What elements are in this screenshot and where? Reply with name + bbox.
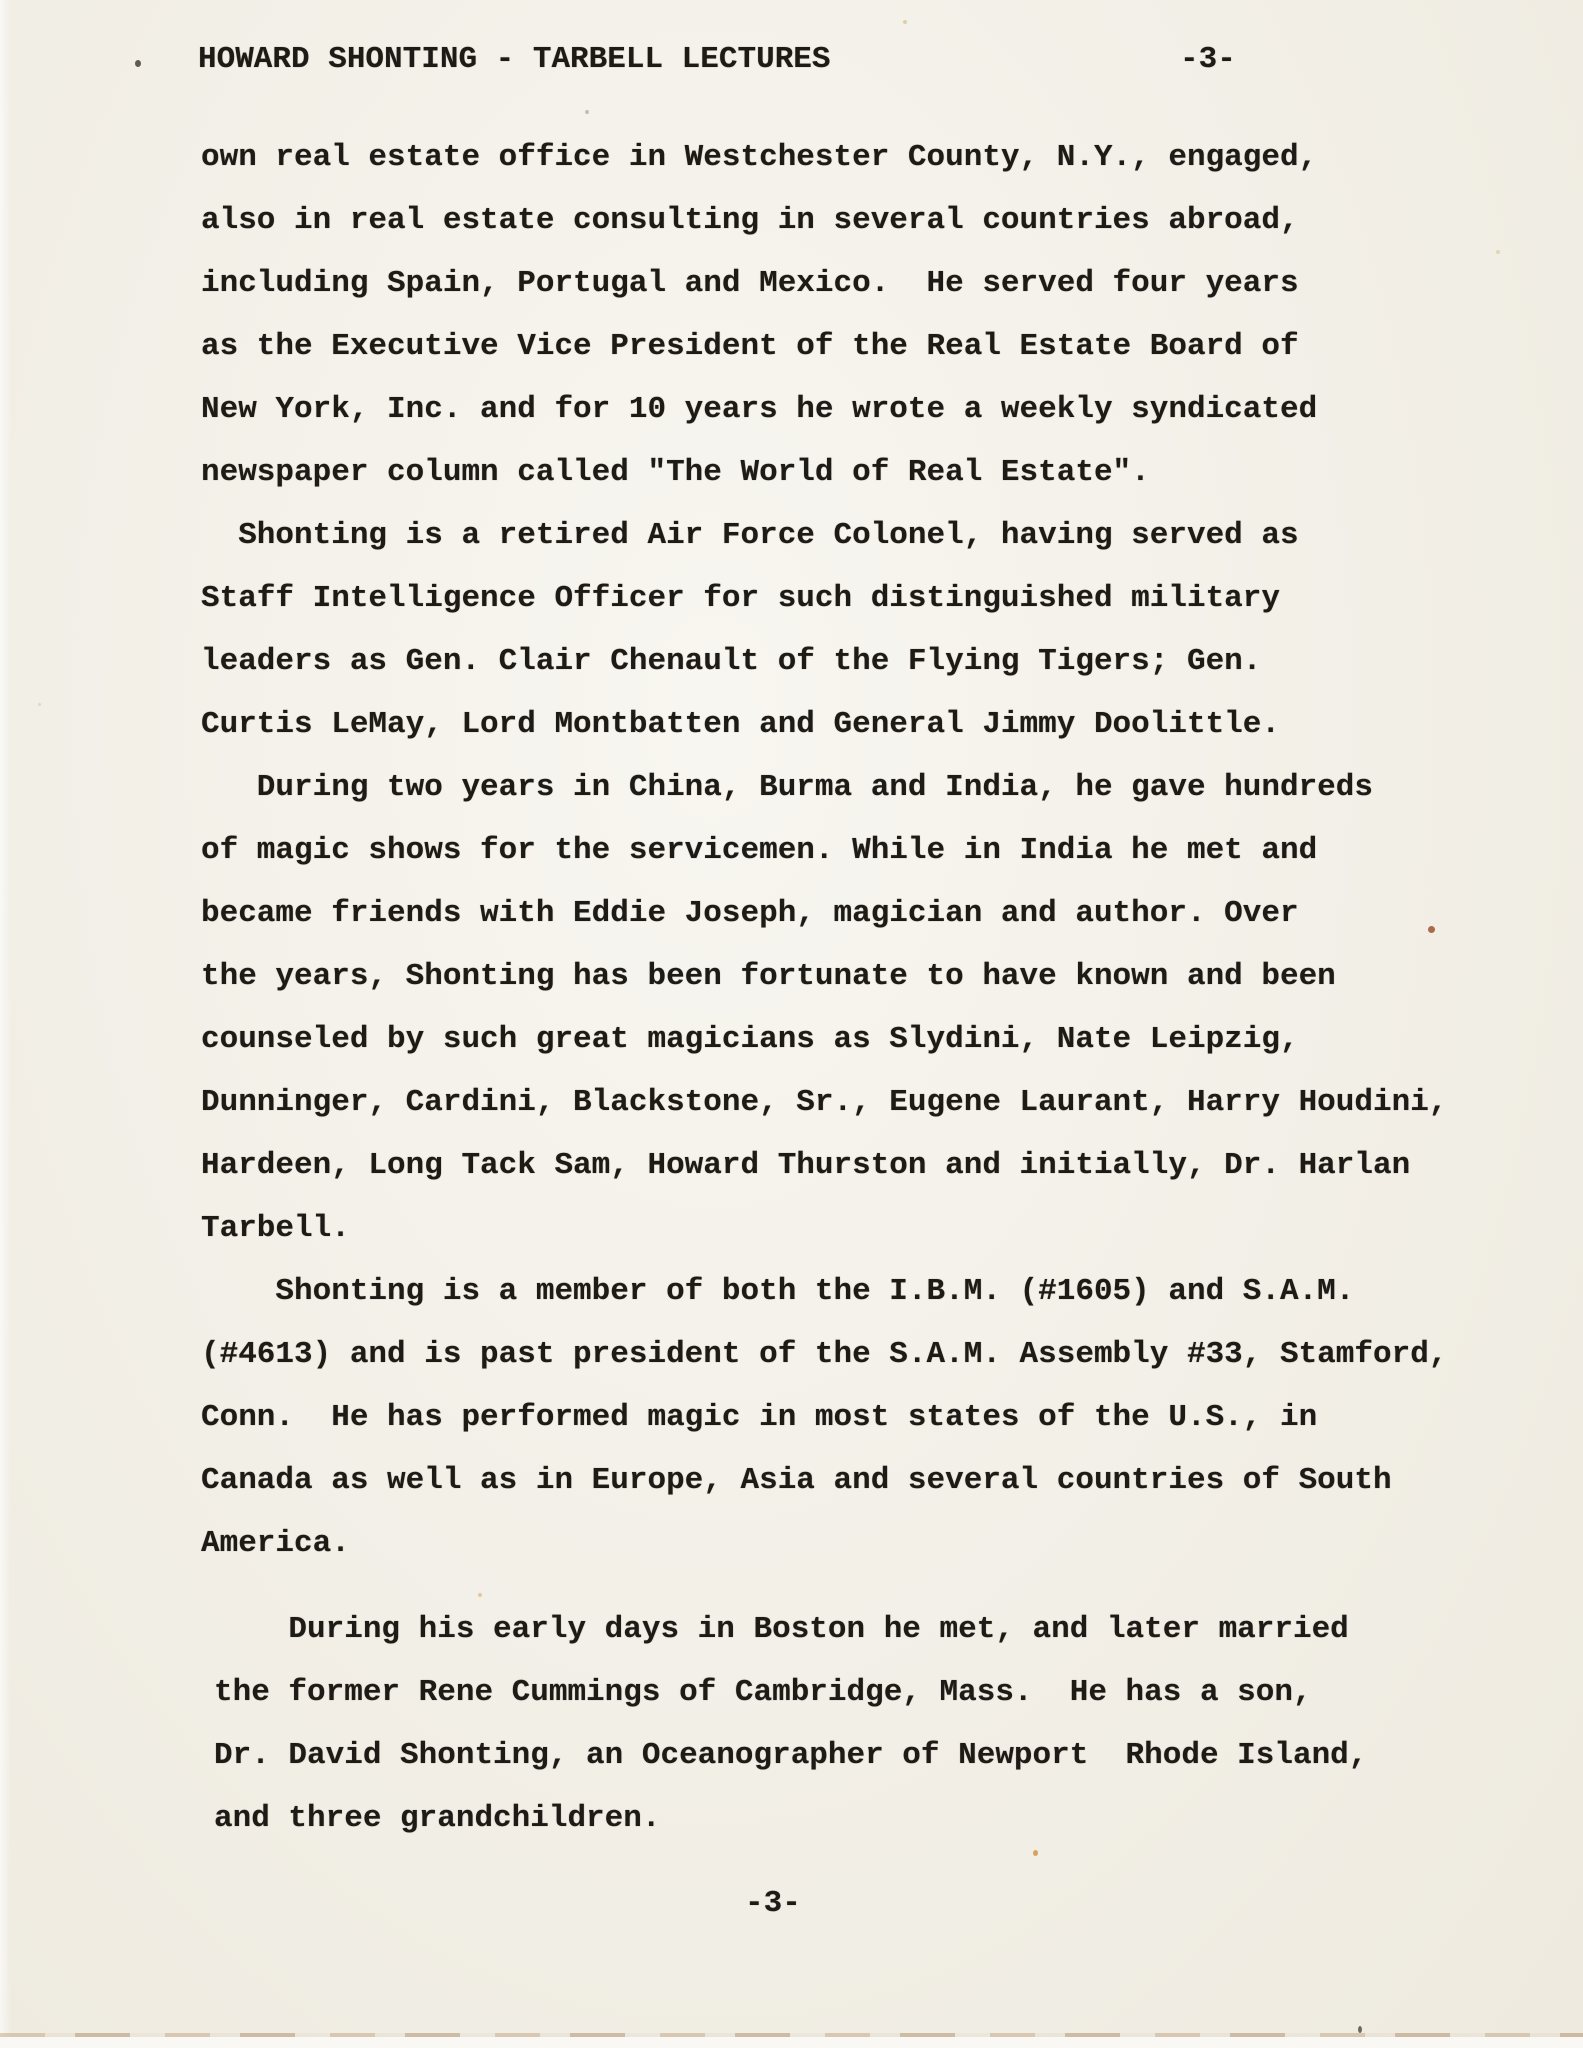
text-line: and three grandchildren. [214,1787,1447,1850]
text-line: the former Rene Cummings of Cambridge, M… [214,1661,1447,1724]
text-line: America. [201,1512,1447,1575]
text-line: Canada as well as in Europe, Asia and se… [201,1449,1447,1512]
paragraph-3: During two years in China, Burma and Ind… [201,756,1447,1260]
text-line: including Spain, Portugal and Mexico. He… [201,252,1447,315]
paper-speck [478,1593,482,1597]
document-body: own real estate office in Westchester Co… [201,126,1447,1850]
text-line: own real estate office in Westchester Co… [201,126,1447,189]
text-line: as the Executive Vice President of the R… [201,315,1447,378]
text-line: Staff Intelligence Officer for such dist… [201,567,1447,630]
text-line: of magic shows for the servicemen. While… [201,819,1447,882]
text-line: Dr. David Shonting, an Oceanographer of … [214,1724,1447,1787]
text-line: became friends with Eddie Joseph, magici… [201,882,1447,945]
text-line: Shonting is a retired Air Force Colonel,… [201,504,1447,567]
text-line: the years, Shonting has been fortunate t… [201,945,1447,1008]
text-line: Hardeen, Long Tack Sam, Howard Thurston … [201,1134,1447,1197]
text-line: (#4613) and is past president of the S.A… [201,1323,1447,1386]
paragraph-1: own real estate office in Westchester Co… [201,126,1447,504]
paragraph-5: During his early days in Boston he met, … [214,1598,1447,1850]
paper-speck [1428,926,1435,933]
header-page-number: -3- [1180,40,1236,80]
text-line: Tarbell. [201,1197,1447,1260]
paper-speck [135,60,141,67]
header-title: HOWARD SHONTING - TARBELL LECTURES [198,40,831,80]
paper-speck [585,110,589,114]
paper-speck [903,20,907,24]
document-page: HOWARD SHONTING - TARBELL LECTURES -3- o… [0,0,1583,2048]
paper-speck [1033,1850,1038,1856]
paper-speck [1358,2026,1362,2033]
paragraph-2: Shonting is a retired Air Force Colonel,… [201,504,1447,756]
text-line: also in real estate consulting in severa… [201,189,1447,252]
text-line: Shonting is a member of both the I.B.M. … [201,1260,1447,1323]
paper-speck [38,703,41,706]
footer-page-number: -3- [745,1872,801,1935]
text-line: counseled by such great magicians as Sly… [201,1008,1447,1071]
text-line: Conn. He has performed magic in most sta… [201,1386,1447,1449]
scan-bottom-strip [0,2037,1583,2048]
paper-speck [1496,250,1500,254]
text-line: newspaper column called "The World of Re… [201,441,1447,504]
text-line: Dunninger, Cardini, Blackstone, Sr., Eug… [201,1071,1447,1134]
scan-left-edge [0,0,11,2048]
text-line: leaders as Gen. Clair Chenault of the Fl… [201,630,1447,693]
text-line: During two years in China, Burma and Ind… [201,756,1447,819]
paragraph-4: Shonting is a member of both the I.B.M. … [201,1260,1447,1575]
text-line: New York, Inc. and for 10 years he wrote… [201,378,1447,441]
text-line: Curtis LeMay, Lord Montbatten and Genera… [201,693,1447,756]
text-line: During his early days in Boston he met, … [214,1598,1447,1661]
